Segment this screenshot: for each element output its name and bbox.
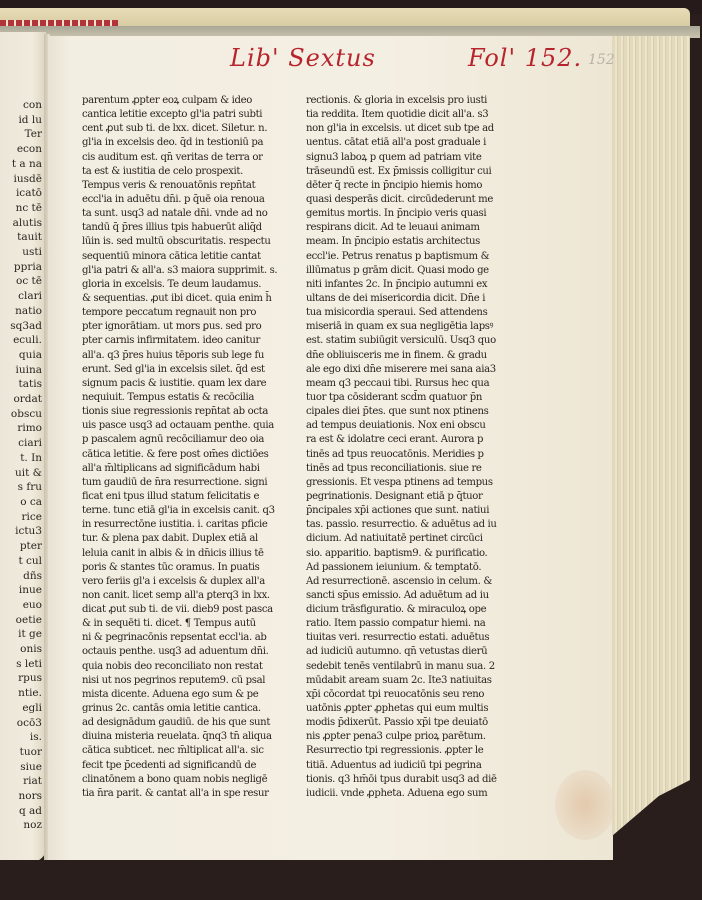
text-line: terne. tunc etiā gl'ia in excelsis canit… <box>82 504 282 518</box>
left-page-line-fragment: Ter <box>0 127 42 142</box>
text-line: ta est & iustitia de celo prospexit. <box>82 165 282 179</box>
text-line: parentum ꝓpter eoꝝ culpam & ideo <box>82 94 282 108</box>
text-line: non gl'ia in excelsis. ut dicet sub tpe … <box>306 122 506 136</box>
text-line: dicium. Ad natiuitatē pertinet circūci <box>306 532 506 546</box>
text-line: tinēs ad tpus reconciliationis. siue re <box>306 462 506 476</box>
left-page: conid luTerecont a naiusdēicatōnc tēalut… <box>0 32 46 862</box>
left-page-line-fragment: sq3ad <box>0 319 42 334</box>
left-page-line-fragment: egli <box>0 701 42 716</box>
text-line: uatōnis ꝓpter ꝓphetas qui eum multis <box>306 702 506 716</box>
left-page-line-fragment: uit & <box>0 466 42 481</box>
text-line: signu3 laboꝝ p quem ad patriam vite <box>306 151 506 165</box>
left-page-line-fragment: t cul <box>0 554 42 569</box>
text-line: cis auditum est. qn̄ veritas de terra or <box>82 151 282 165</box>
left-page-line-fragment: ocō3 <box>0 716 42 731</box>
text-line: tiuitas veri. resurrectio estati. aduētu… <box>306 631 506 645</box>
left-page-line-fragment: tuor <box>0 745 42 760</box>
text-line: tionis. q3 hm̄ōi tpus durabit usq3 ad di… <box>306 773 506 787</box>
left-page-line-fragment: s fru <box>0 480 42 495</box>
text-line: eccl'ie. Petrus renatus p baptismum & <box>306 250 506 264</box>
background-bottom <box>0 860 702 900</box>
text-line: dn̄e obliuisceris me in finem. & gradu <box>306 349 506 363</box>
text-line: tia n̄ra parit. & cantat all'a in spe re… <box>82 787 282 801</box>
text-line: cātica letitie. & fere post om̄es dictiō… <box>82 448 282 462</box>
left-page-line-fragment: q ad <box>0 804 42 819</box>
text-line: & in sequēti ti. dicet. ¶ Tempus autū <box>82 617 282 631</box>
text-line: dēter q̄ recte in p̄ncipio hiemis homo <box>306 179 506 193</box>
text-line: fecit tpe p̄cedenti ad significandū de <box>82 759 282 773</box>
text-line: ra est & idolatre ceci erant. Aurora p <box>306 433 506 447</box>
text-line: quia nobis deo reconciliato non restat <box>82 660 282 674</box>
left-page-line-fragment: ordat <box>0 392 42 407</box>
text-line: p pascalem agnū recōciliamur deo oia <box>82 433 282 447</box>
left-page-line-fragment: con <box>0 98 42 113</box>
running-head-book: Lib' Sextus <box>230 44 376 72</box>
text-line: ratio. Item passio compatur hiemi. na <box>306 617 506 631</box>
left-page-line-fragment: iusdē <box>0 172 42 187</box>
left-page-line-fragment: euo <box>0 598 42 613</box>
left-page-line-fragment: ictu3 <box>0 524 42 539</box>
text-line: meam q3 peccaui tibi. Rursus hec qua <box>306 377 506 391</box>
text-line: all'a. q3 p̄res huius tēporis sub lege f… <box>82 349 282 363</box>
text-line: gressionis. Et vespa ptinens ad tempus <box>306 476 506 490</box>
text-line: non canit. licet semp all'a ꝑterq3 in lx… <box>82 589 282 603</box>
text-line: eccl'ia in aduētu dn̄i. p q̄uē oia renou… <box>82 193 282 207</box>
text-line: cātica subticet. nec m̄ltiplicat all'a. … <box>82 744 282 758</box>
text-line: uentus. cātat etiā all'a post graduale i <box>306 136 506 150</box>
text-line: modis p̄dixerūt. Passio xp̄i tpe deuiatō <box>306 716 506 730</box>
text-line: clinatōnem a bono quam nobis negligē <box>82 773 282 787</box>
left-page-line-fragment: t. In <box>0 451 42 466</box>
text-line: vero feriis gl'a i excelsis & duplex all… <box>82 575 282 589</box>
left-page-line-fragment: inue <box>0 583 42 598</box>
text-line: sedebit tenēs ventilabrū in manu sua. 2 <box>306 660 506 674</box>
text-line: grinus 2c. cantās omia letitie cantica. <box>82 702 282 716</box>
left-page-line-fragment: siue <box>0 760 42 775</box>
text-line: sio. apparitio. baptism9. & purificatio. <box>306 547 506 561</box>
text-line: pter carnis infirmitatem. ideo canitur <box>82 334 282 348</box>
text-line: tinēs ad tpus reuocatōnis. Meridies p <box>306 448 506 462</box>
left-page-line-fragment: ciari <box>0 436 42 451</box>
foxing-stain <box>555 770 615 840</box>
text-line: Tempus veris & renouatōnis repn̄tat <box>82 179 282 193</box>
text-line: ultans de dei misericordia dicit. Dn̄e i <box>306 292 506 306</box>
text-line: sequentiū minora cātica letitie cantat <box>82 250 282 264</box>
text-line: ta sunt. usq3 ad natale dn̄i. vnde ad no <box>82 207 282 221</box>
left-page-line-fragment: oc tē <box>0 274 42 289</box>
left-page-line-fragment: alutis <box>0 216 42 231</box>
text-line: nequiuit. Tempus estatis & recōcilia <box>82 391 282 405</box>
text-line: est. statim subiūgit versiculū. Usq3 quo <box>306 334 506 348</box>
text-line: respirans dicit. Ad te leuaui animam <box>306 221 506 235</box>
text-line: cipales diei p̄tes. que sunt nox ptinens <box>306 405 506 419</box>
text-line: gemitus mortis. In p̄ncipio veris quasi <box>306 207 506 221</box>
left-page-text-fragments: conid luTerecont a naiusdēicatōnc tēalut… <box>0 98 42 833</box>
left-page-line-fragment: it ge <box>0 627 42 642</box>
left-page-line-fragment: tauit <box>0 230 42 245</box>
left-page-line-fragment: oetie <box>0 613 42 628</box>
left-page-line-fragment: ntie. <box>0 686 42 701</box>
text-line: mūdabit aream suam 2c. Ite3 natiuitas <box>306 674 506 688</box>
text-line: nisi ut nos pegrinos reputem9. cū psal <box>82 674 282 688</box>
left-page-line-fragment: natio <box>0 304 42 319</box>
text-line: ad iudiciū autumno. qn̄ vetustas dierū <box>306 645 506 659</box>
left-page-line-fragment: is. <box>0 730 42 745</box>
text-line: pter ignorātiam. ut mors ꝑus. sed pro <box>82 320 282 334</box>
text-line: ni & pegrinacōnis repsentat eccl'ia. ab <box>82 631 282 645</box>
left-page-line-fragment: dñs <box>0 569 42 584</box>
text-line: sancti sp̄us emissio. Ad aduētum ad iu <box>306 589 506 603</box>
text-line: tur. & plena pax dabit. Duplex etiā al <box>82 532 282 546</box>
text-line: & sequentias. ꝓut ibi dicet. quia enim h… <box>82 292 282 306</box>
text-line: tia reddita. Item quotidie dicit all'a. … <box>306 108 506 122</box>
left-page-line-fragment: o ca <box>0 495 42 510</box>
text-line: signum pacis & iustitie. quam lex dare <box>82 377 282 391</box>
text-line: ad designādum gaudiū. de his que sunt <box>82 716 282 730</box>
text-line: all'a m̄ltiplicans ad significādum habi <box>82 462 282 476</box>
text-line: titiā. Aduentus ad iudiciū tpi pegrina <box>306 759 506 773</box>
text-line: niti infantes 2c. In p̄ncipio autumni ex <box>306 278 506 292</box>
left-page-line-fragment: tatis <box>0 377 42 392</box>
text-line: tuor tpa cōsiderant scd̄m quatuor p̄n <box>306 391 506 405</box>
text-line: ficat eni tpus illud statum felicitatis … <box>82 490 282 504</box>
text-line: nis ꝓpter pena3 culpe prioꝝ parētum. <box>306 730 506 744</box>
text-line: cent ꝓut sub ti. de lxx. dicet. Siletur.… <box>82 122 282 136</box>
text-line: poris & stantes tūc oramus. In ꝑuatis <box>82 561 282 575</box>
text-line: quasi desperās dicit. circūdederunt me <box>306 193 506 207</box>
text-line: pegrinationis. Designant etiā p q̄tuor <box>306 490 506 504</box>
left-page-line-fragment: icatō <box>0 186 42 201</box>
text-line: trāseundū est. Ex p̄missis colligitur cu… <box>306 165 506 179</box>
left-page-line-fragment: s leti <box>0 657 42 672</box>
text-line: tum gaudiū de n̄ra resurrectione. signi <box>82 476 282 490</box>
text-line: Resurrectio tpi regressionis. ꝓpter le <box>306 744 506 758</box>
left-page-line-fragment: noz <box>0 818 42 833</box>
text-line: ale ego dixi dn̄e miserere mei sana aia3 <box>306 363 506 377</box>
running-head-folio: Fol' 152. <box>468 44 582 72</box>
left-page-line-fragment: ppria <box>0 260 42 275</box>
text-line: leluia canit in albis & in dn̄icis illiu… <box>82 547 282 561</box>
text-line: ad tempus deuiationis. Nox eni obscu <box>306 419 506 433</box>
pencil-folio-number: 152 <box>588 52 615 68</box>
text-line: mista dicente. Aduena ego sum & pe <box>82 688 282 702</box>
left-page-line-fragment: nc tē <box>0 201 42 216</box>
text-line: dicat ꝓut sub ti. de vii. dieb9 post pas… <box>82 603 282 617</box>
left-page-line-fragment: riat <box>0 774 42 789</box>
text-line: tandū q̄ p̄res illius tpis habuerūt aliq… <box>82 221 282 235</box>
text-line: rectionis. & gloria in excelsis pro iust… <box>306 94 506 108</box>
left-page-line-fragment: pter <box>0 539 42 554</box>
text-line: cantica letitie excepto gl'ia patri subt… <box>82 108 282 122</box>
left-page-line-fragment: quia <box>0 348 42 363</box>
text-line: gloria in excelsis. Te deum laudamus. <box>82 278 282 292</box>
left-page-line-fragment: onis <box>0 642 42 657</box>
text-line: Ad resurrectionē. ascensio in celum. & <box>306 575 506 589</box>
text-line: lūin is. sed multū obscuritatis. respect… <box>82 235 282 249</box>
text-column-left: parentum ꝓpter eoꝝ culpam & ideocantica … <box>82 94 282 801</box>
text-line: meam. In p̄ncipio estatis architectus <box>306 235 506 249</box>
text-line: gl'ia patri & all'a. s3 maiora supprimit… <box>82 264 282 278</box>
fore-edge-page-stack <box>612 36 690 836</box>
left-page-line-fragment: rice <box>0 510 42 525</box>
text-line: uis pasce usq3 ad octauam penthe. quia <box>82 419 282 433</box>
left-page-line-fragment: iuina <box>0 363 42 378</box>
text-line: gl'ia in excelsis deo. q̄d in testioniū … <box>82 136 282 150</box>
text-line: xp̄i cōcordat tpi reuocatōnis seu reno <box>306 688 506 702</box>
text-line: erunt. Sed gl'ia in excelsis silet. q̄d … <box>82 363 282 377</box>
text-line: tua misicordia speraui. Sed attendens <box>306 306 506 320</box>
text-line: p̄ncipales xp̄i actiones que sunt. natiu… <box>306 504 506 518</box>
text-line: Ad passionem ieiunium. & temptatō. <box>306 561 506 575</box>
text-line: tempore peccatum regnauit non pro <box>82 306 282 320</box>
left-page-line-fragment: eculi. <box>0 333 42 348</box>
text-line: iudicii. vnde ꝓpheta. Aduena ego sum <box>306 787 506 801</box>
text-line: dicium trāsfiguratio. & miraculoꝝ ope <box>306 603 506 617</box>
left-page-line-fragment: rimo <box>0 421 42 436</box>
left-page-line-fragment: id lu <box>0 113 42 128</box>
left-page-line-fragment: usti <box>0 245 42 260</box>
text-line: tas. passio. resurrectio. & aduētus ad i… <box>306 518 506 532</box>
text-line: in resurrectōne iustitia. i. caritas pfi… <box>82 518 282 532</box>
left-page-line-fragment: clari <box>0 289 42 304</box>
text-line: miseriā in quam ex sua negligētia lapsꝰ <box>306 320 506 334</box>
text-line: tionis siue regressionis repn̄tat ab oct… <box>82 405 282 419</box>
left-page-line-fragment: obscu <box>0 407 42 422</box>
left-page-line-fragment: rpus <box>0 671 42 686</box>
text-line: octauis penthe. usq3 ad aduentum dn̄i. <box>82 645 282 659</box>
text-line: illūmatus p grām dicit. Quasi modo ge <box>306 264 506 278</box>
text-column-right: rectionis. & gloria in excelsis pro iust… <box>306 94 506 801</box>
left-page-line-fragment: econ <box>0 142 42 157</box>
text-line: diuina misteria reuelata. q̄nq3 tn̄ aliq… <box>82 730 282 744</box>
left-page-line-fragment: t a na <box>0 157 42 172</box>
left-page-line-fragment: nors <box>0 789 42 804</box>
